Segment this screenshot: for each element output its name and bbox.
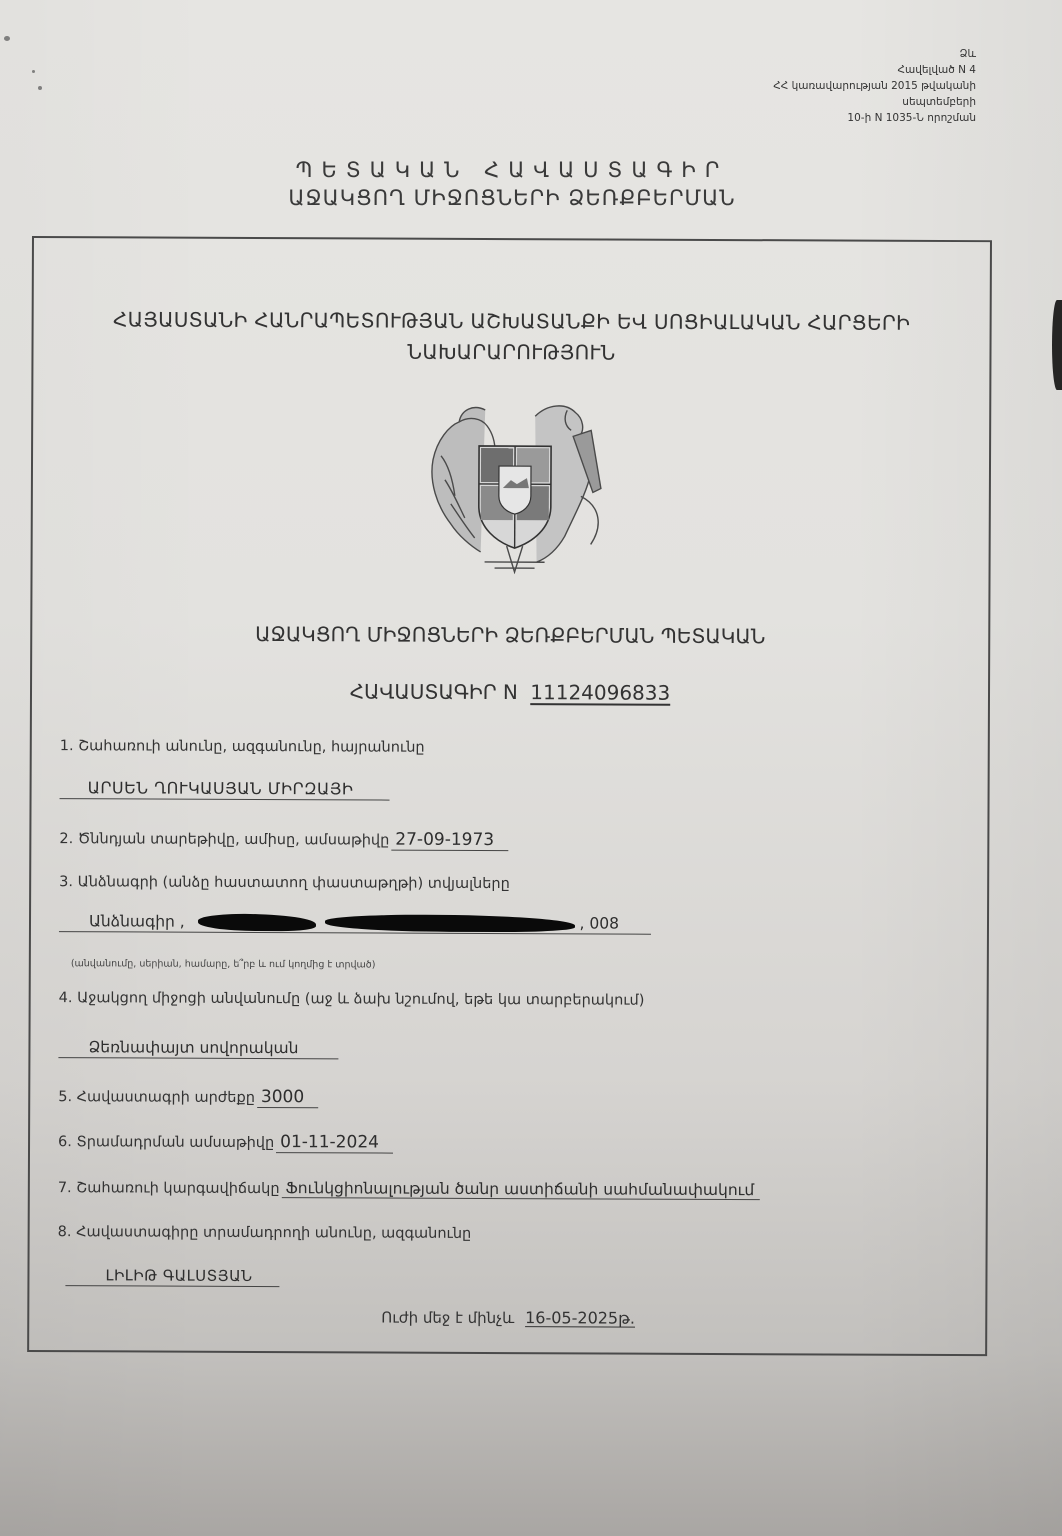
annex-decree-number: 10-ի N 1035-Ն որոշման (773, 110, 976, 126)
annex-decree-month: սեպտեմբերի (773, 94, 976, 110)
field-6-label-text: 6. Տրամադրման ամսաթիվը (58, 1134, 274, 1151)
field-2-label-text: 2. Ծննդյան տարեթիվը, ամիսը, ամսաթիվը (59, 831, 389, 848)
header-line-1: ՊԵՏԱԿԱՆ ՀԱՎԱՍՏԱԳԻՐ (0, 156, 1024, 184)
field-7-label: 7. Շահառուի կարգավիճակըՖունկցիոնալության… (58, 1178, 760, 1200)
field-2-label: 2. Ծննդյան տարեթիվը, ամիսը, ամսաթիվը27-0… (59, 828, 508, 851)
passport-suffix: , 008 (580, 914, 620, 932)
field-3-label: 3. Անձնագրի (անձը հաստատող փաստաթղթի) տվ… (59, 874, 510, 892)
ministry-line-2: ՆԱԽԱՐԱՐՈՒԹՅՈՒՆ (33, 335, 989, 370)
field-5-label: 5. Հավաստագրի արժեքը3000 (58, 1086, 318, 1108)
paper-speck (4, 36, 10, 41)
beneficiary-status: Ֆունկցիոնալության ծանր աստիճանի սահմանափ… (282, 1179, 761, 1200)
passport-doc-type: Անձնագիր , (89, 912, 185, 930)
page-clip-shadow (1052, 300, 1062, 390)
paper-speck (38, 86, 42, 90)
annex-reference: Ձև Հավելված N 4 ՀՀ կառավարության 2015 թվ… (773, 46, 976, 126)
field-7-label-text: 7. Շահառուի կարգավիճակը (58, 1180, 280, 1197)
passport-hint: (անվանումը, սերիան, համարը, ե՞րբ և ում կ… (71, 958, 376, 970)
certificate-title: ԱՋԱԿՑՈՂ ՄԻՋՈՑՆԵՐԻ ՁԵՌՔԲԵՐՄԱՆ ՊԵՏԱԿԱՆ (32, 618, 988, 652)
validity-line: Ուժի մեջ է մինչև 16-05-2025թ. (381, 1308, 635, 1328)
header-line-2: ԱՋԱԿՑՈՂ ՄԻՋՈՑՆԵՐԻ ՁԵՌՔԲԵՐՄԱՆ (0, 184, 1024, 212)
beneficiary-name: ԱՐՍԵՆ ՂՈՒԿԱՍՅԱՆ ՄԻՐԶԱՅԻ (60, 778, 390, 800)
field-5-label-text: 5. Հավաստագրի արժեքը (58, 1089, 255, 1106)
certificate-value: 3000 (257, 1087, 318, 1108)
annex-number: Հավելված N 4 (773, 62, 976, 78)
certificate-number: 11124096833 (530, 680, 670, 705)
redacted-passport-issuer (325, 914, 575, 932)
ministry-name: ՀԱՅԱՍՏԱՆԻ ՀԱՆՐԱՊԵՏՈՒԹՅԱՆ ԱՇԽԱՏԱՆՔԻ ԵՎ ՍՈ… (33, 304, 989, 370)
armenia-coat-of-arms-icon (415, 396, 616, 575)
ministry-line-1: ՀԱՅԱՍՏԱՆԻ ՀԱՆՐԱՊԵՏՈՒԹՅԱՆ ԱՇԽԱՏԱՆՔԻ ԵՎ ՍՈ… (34, 304, 990, 339)
document-header: ՊԵՏԱԿԱՆ ՀԱՎԱՍՏԱԳԻՐ ԱՋԱԿՑՈՂ ՄԻՋՈՑՆԵՐԻ ՁԵՌ… (0, 156, 1024, 212)
redacted-passport-series (198, 914, 316, 932)
certificate-number-line: ՀԱՎԱՍՏԱԳԻՐ N 11124096833 (32, 678, 988, 706)
annex-decree-line: ՀՀ կառավարության 2015 թվականի (773, 78, 976, 94)
issuer-name: ԼԻԼԻԹ ԳԱԼՍՏՅԱՆ (65, 1266, 279, 1287)
annex-form-label: Ձև (773, 46, 976, 62)
certificate-frame: ՀԱՅԱՍՏԱՆԻ ՀԱՆՐԱՊԵՏՈՒԹՅԱՆ ԱՇԽԱՏԱՆՔԻ ԵՎ ՍՈ… (27, 236, 992, 1356)
certificate-number-label: ՀԱՎԱՍՏԱԳԻՐ N (350, 679, 518, 704)
assistive-device-name: Ձեռնափայտ սովորական (58, 1038, 338, 1059)
validity-date: 16-05-2025թ. (525, 1308, 635, 1327)
issue-date: 01-11-2024 (276, 1132, 393, 1154)
field-6-label: 6. Տրամադրման ամսաթիվը01-11-2024 (58, 1131, 393, 1153)
validity-label: Ուժի մեջ է մինչև (381, 1309, 514, 1328)
birth-date: 27-09-1973 (391, 830, 508, 852)
field-8-label: 8. Հավաստագիրը տրամադրողի անունը, ազգանո… (58, 1224, 472, 1242)
passport-data: Անձնագիր , , 008 (59, 912, 651, 935)
field-4-label: 4. Աջակցող միջոցի անվանումը (աջ և ձախ նշ… (59, 990, 645, 1009)
field-1-label: 1. Շահառուի անունը, ազգանունը, հայրանուն… (60, 738, 425, 756)
paper-speck (32, 70, 35, 73)
